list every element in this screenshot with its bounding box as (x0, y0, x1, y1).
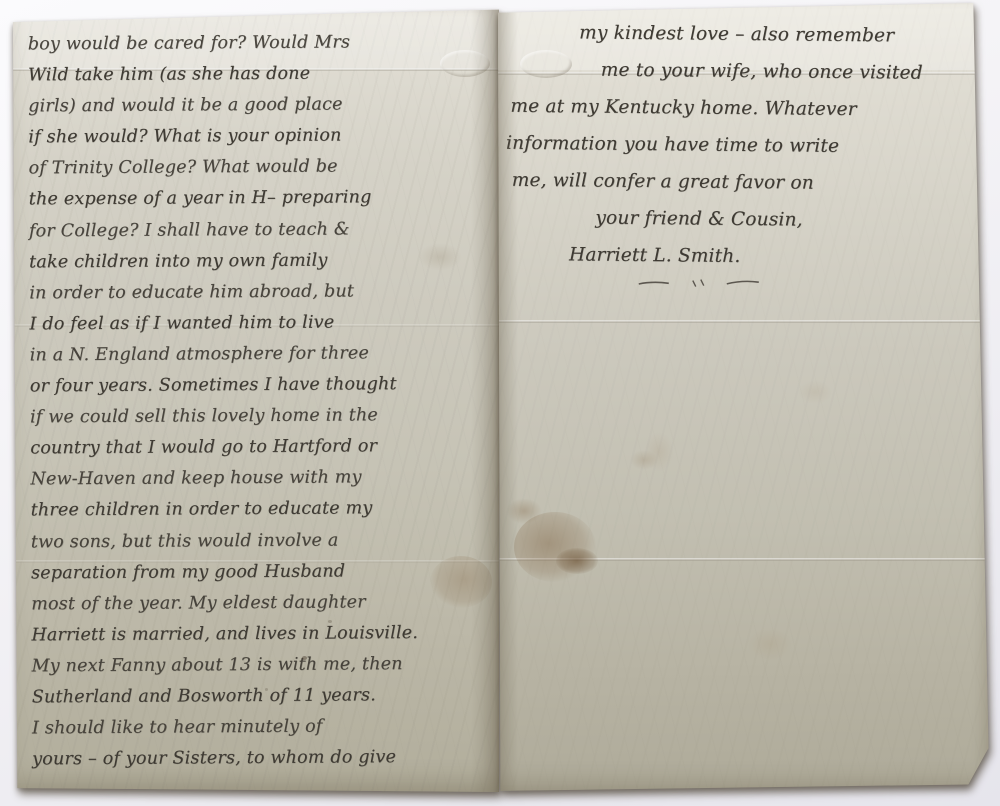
closing-line: your friend & Cousin, (595, 200, 981, 241)
handwritten-line: if we could sell this lovely home in the (30, 400, 491, 434)
handwritten-line: of Trinity College? What would be (28, 151, 489, 185)
handwritten-line: separation from my good Husband (31, 555, 492, 589)
fold-crease (498, 558, 990, 561)
handwritten-line: Sutherland and Bosworth of 11 years. (32, 680, 493, 714)
handwritten-line: girls) and would it be a good place (28, 89, 489, 123)
handwritten-line: if she would? What is your opinion (28, 120, 489, 154)
letter-photograph: boy would be cared for? Would Mrs Wild t… (0, 0, 1000, 806)
handwritten-line: three children in order to educate my (31, 493, 492, 527)
handwritten-line: my kindest love – also remember (579, 14, 983, 55)
handwritten-line: in order to educate him abroad, but (29, 275, 490, 309)
fold-crease (498, 320, 990, 323)
handwritten-line: me at my Kentucky home. Whatever (510, 88, 982, 130)
handwritten-line: yours – of your Sisters, to whom do give (32, 742, 493, 776)
handwritten-line: the expense of a year in H– preparing (29, 182, 490, 216)
handwritten-line: most of the year. My eldest daughter (31, 586, 492, 620)
stain (514, 512, 596, 582)
handwritten-line: My next Fanny about 13 is with me, then (32, 648, 493, 682)
stain (506, 498, 542, 524)
handwritten-text-right: my kindest love – also remember me to yo… (505, 14, 984, 299)
handwritten-line: for College? I shall have to teach & (29, 213, 490, 247)
handwritten-line: Wild take him (as she has done (28, 58, 489, 92)
handwritten-line: I do feel as if I wanted him to live (29, 306, 490, 340)
handwritten-line: country that I would go to Hartford or (30, 431, 491, 465)
handwritten-line: or four years. Sometimes I have thought (30, 369, 491, 403)
stain (748, 628, 792, 660)
stain (556, 548, 598, 574)
letter-page-left: boy would be cared for? Would Mrs Wild t… (10, 8, 499, 792)
letter-page-right: my kindest love – also remember me to yo… (498, 0, 990, 794)
paper-right: my kindest love – also remember me to yo… (498, 0, 990, 794)
handwritten-text-left: boy would be cared for? Would Mrs Wild t… (28, 27, 494, 776)
stain (644, 432, 674, 472)
handwritten-line: two sons, but this would involve a (31, 524, 492, 558)
stain (630, 450, 658, 470)
handwritten-line: me to your wife, who once visited (601, 52, 983, 93)
signature-flourish (635, 276, 765, 291)
stain (798, 380, 832, 404)
handwritten-line: Harriett is married, and lives in Louisv… (31, 617, 492, 651)
signature-line: Harriett L. Smith. (569, 236, 981, 277)
paper-left: boy would be cared for? Would Mrs Wild t… (10, 8, 499, 792)
handwritten-line: information you have time to write (506, 125, 982, 167)
handwritten-line: boy would be cared for? Would Mrs (28, 27, 489, 61)
handwritten-line: New-Haven and keep house with my (30, 462, 491, 496)
handwritten-line: I should like to hear minutely of (32, 711, 493, 745)
handwritten-line: take children into my own family (29, 244, 490, 278)
handwritten-line: me, will confer a great favor on (512, 162, 982, 204)
handwritten-line: in a N. England atmosphere for three (30, 338, 491, 372)
